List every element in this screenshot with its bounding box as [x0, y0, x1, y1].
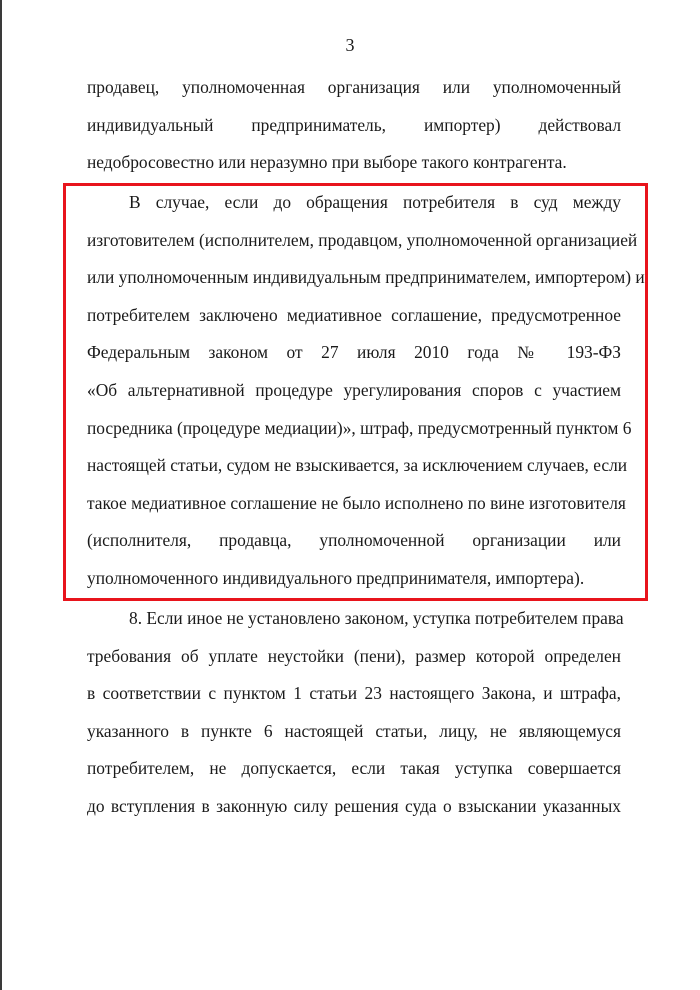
text-line: настоящей статьи, судом не взыскивается,… — [87, 447, 621, 485]
text-line: указанного в пункте 6 настоящей статьи, … — [87, 713, 621, 751]
text-line: 8. Если иное не установлено законом, уст… — [87, 600, 621, 638]
text-line: изготовителем (исполнителем, продавцом, … — [87, 222, 621, 260]
text-line: в соответствии с пунктом 1 статьи 23 нас… — [87, 675, 621, 713]
page-left-edge-rule — [0, 0, 2, 990]
paragraph-mediation-clause: В случае, если до обращения потребителя … — [87, 184, 621, 598]
text-line: потребителем заключено медиативное согла… — [87, 297, 621, 335]
text-line: (исполнителя, продавца, уполномоченной о… — [87, 522, 621, 560]
text-line: Федеральным законом от 27 июля 2010 года… — [87, 334, 621, 372]
text-line: продавец, уполномоченная организация или… — [87, 69, 621, 107]
text-line: «Об альтернативной процедуре урегулирова… — [87, 372, 621, 410]
text-line: посредника (процедуре медиации)», штраф,… — [87, 410, 621, 448]
text-line: индивидуальный предприниматель, импортер… — [87, 107, 621, 145]
page-number: 3 — [0, 33, 700, 57]
text-line: такое медиативное соглашение не было исп… — [87, 485, 621, 523]
paragraph-continuation: продавец, уполномоченная организация или… — [87, 69, 621, 182]
text-line: уполномоченного индивидуального предприн… — [87, 560, 621, 598]
text-line: потребителем, не допускается, если такая… — [87, 750, 621, 788]
text-line: до вступления в законную силу решения су… — [87, 788, 621, 826]
text-line: требования об уплате неустойки (пени), р… — [87, 638, 621, 676]
text-line: недобросовестно или неразумно при выборе… — [87, 144, 621, 182]
text-line: или уполномоченным индивидуальным предпр… — [87, 259, 621, 297]
paragraph-clause-8: 8. Если иное не установлено законом, уст… — [87, 600, 621, 826]
text-line: В случае, если до обращения потребителя … — [87, 184, 621, 222]
